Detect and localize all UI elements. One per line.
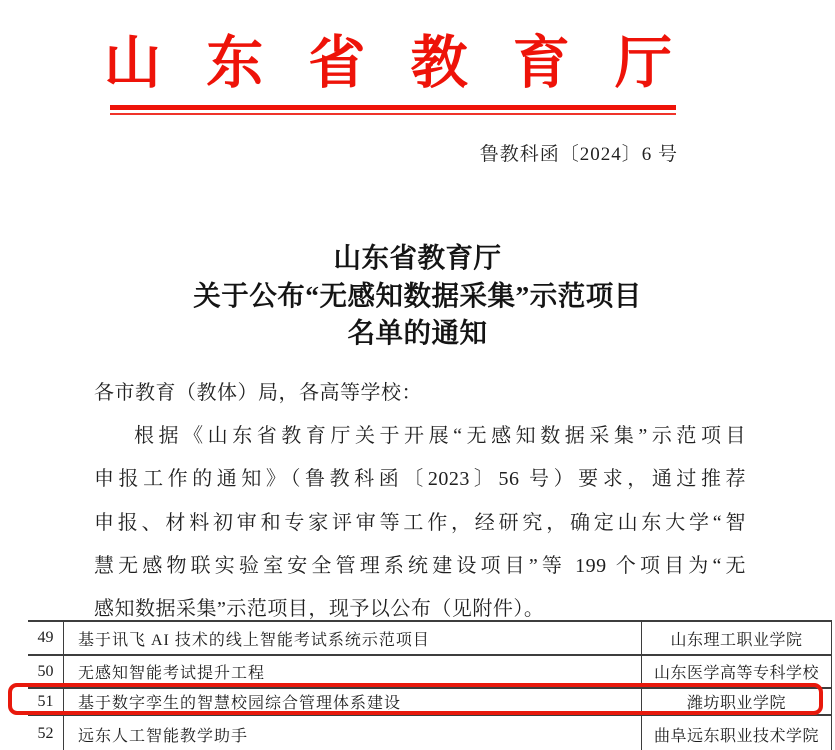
notice-title-line3: 名单的通知: [0, 314, 835, 352]
notice-title-line2: 关于公布“无感知数据采集”示范项目: [0, 277, 835, 315]
letterhead-char: 东: [206, 33, 263, 95]
project-name: 远东人工智能教学助手: [63, 716, 642, 750]
letterhead-char: 育: [513, 33, 570, 95]
letterhead-rule-thick: [110, 105, 676, 110]
letterhead-char: 教: [411, 33, 468, 95]
letterhead-char: 省: [308, 33, 365, 95]
body-line: 申报、材料初审和专家评审等工作，经研究，确定山东大学“智: [94, 502, 746, 545]
table-row-highlighted: 51 基于数字孪生的智慧校园综合管理体系建设 潍坊职业学院: [28, 689, 831, 716]
document-page: 山 东 省 教 育 厅 鲁教科函〔2024〕6 号 山东省教育厅 关于公布“无感…: [0, 0, 835, 750]
project-name: 基于讯飞 AI 技术的线上智能考试系统示范项目: [63, 622, 642, 654]
row-number: 52: [28, 725, 63, 743]
body-line: 申报工作的通知》（鲁教科函〔2023〕56 号）要求，通过推荐: [94, 458, 746, 501]
table-row: 52 远东人工智能教学助手 曲阜远东职业技术学院: [28, 716, 831, 750]
row-number: 49: [28, 629, 63, 647]
notice-title-line1: 山东省教育厅: [0, 239, 835, 277]
school-name: 曲阜远东职业技术学院: [642, 723, 831, 746]
school-name: 山东医学高等专科学校: [642, 660, 831, 683]
letterhead-char: 山: [104, 33, 161, 95]
row-number: 50: [28, 663, 63, 681]
letterhead-rule-thin: [110, 113, 676, 115]
document-number: 鲁教科函〔2024〕6 号: [480, 139, 678, 166]
body-line: 慧无感物联实验室安全管理系统建设项目”等 199 个项目为“无: [94, 545, 746, 588]
letterhead-char: 厅: [615, 33, 672, 95]
project-name: 无感知智能考试提升工程: [63, 656, 642, 687]
notice-body: 各市教育（教体）局，各高等学校： 根据《山东省教育厅关于开展“无感知数据采集”示…: [94, 372, 746, 631]
letterhead-title: 山 东 省 教 育 厅: [104, 33, 672, 95]
body-salutation: 各市教育（教体）局，各高等学校：: [94, 372, 746, 415]
school-name: 潍坊职业学院: [642, 690, 831, 713]
project-name: 基于数字孪生的智慧校园综合管理体系建设: [63, 689, 642, 714]
school-name: 山东理工职业学院: [642, 627, 831, 650]
notice-title: 山东省教育厅 关于公布“无感知数据采集”示范项目 名单的通知: [0, 239, 835, 352]
row-number: 51: [28, 693, 63, 711]
table-row: 49 基于讯飞 AI 技术的线上智能考试系统示范项目 山东理工职业学院: [28, 622, 831, 656]
body-line: 根据《山东省教育厅关于开展“无感知数据采集”示范项目: [94, 415, 746, 458]
table-row: 50 无感知智能考试提升工程 山东医学高等专科学校: [28, 656, 831, 689]
project-table: 49 基于讯飞 AI 技术的线上智能考试系统示范项目 山东理工职业学院 50 无…: [28, 620, 832, 750]
